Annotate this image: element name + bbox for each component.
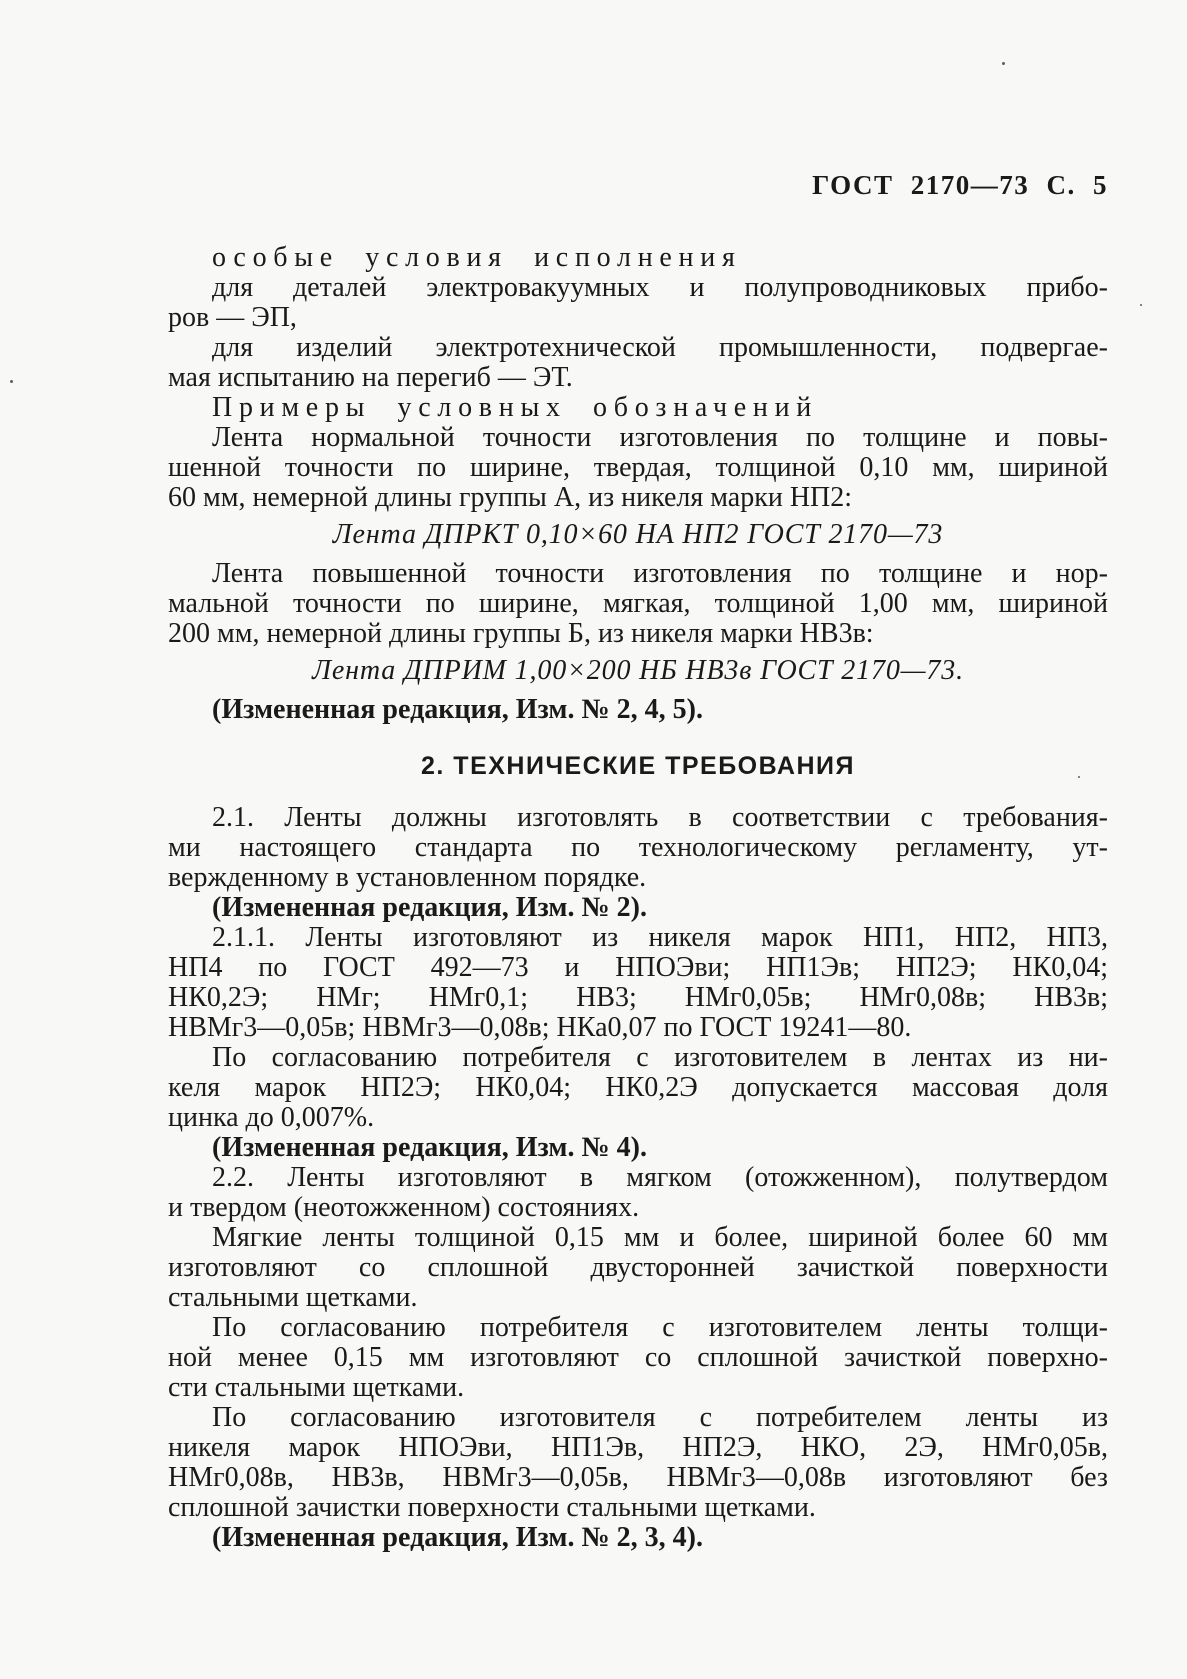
text-line: мальной точности по ширине, мягкая, толщ…: [168, 589, 1108, 619]
text-line: мая испытанию на перегиб — ЭТ.: [168, 363, 1108, 393]
text-line: 60 мм, немерной длины группы А, из никел…: [168, 483, 1108, 513]
designation-example: Лента ДПРИМ 1,00×200 НБ НВ3в ГОСТ 2170—7…: [168, 656, 1108, 686]
text-line: и твердом (неотожженном) состояниях.: [168, 1193, 1108, 1223]
text-line: (Измененная редакция, Изм. № 4).: [168, 1133, 1108, 1163]
scan-speck: [1078, 776, 1080, 778]
text-line: Примеры условных обозначений: [168, 393, 1108, 423]
paragraph: для изделий электротехнической промышлен…: [168, 333, 1108, 393]
text-line: сплошной зачистки поверхности стальными …: [168, 1493, 1108, 1523]
text-line: 2. ТЕХНИЧЕСКИЕ ТРЕБОВАНИЯ: [168, 751, 1108, 781]
text-line: НП4 по ГОСТ 492—73 и НПОЭви; НП1Эв; НП2Э…: [168, 953, 1108, 983]
text-line: (Измененная редакция, Изм. № 2, 4, 5).: [168, 695, 1108, 725]
paragraph: По согласованию изготовителя с потребите…: [168, 1403, 1108, 1523]
text-line: 2.1.1. Ленты изготовляют из никеля марок…: [168, 923, 1108, 953]
revision-note: (Измененная редакция, Изм. № 2).: [168, 893, 1108, 923]
text-line: Лента ДПРКТ 0,10×60 НА НП2 ГОСТ 2170—73: [168, 520, 1108, 550]
text-line: 2.2. Ленты изготовляют в мягком (отожжен…: [168, 1163, 1108, 1193]
paragraph: По согласованию потребителя с изготовите…: [168, 1313, 1108, 1403]
paragraph: Лента повышенной точности изготовления п…: [168, 559, 1108, 649]
text-line: изготовляют со сплошной двусторонней зач…: [168, 1253, 1108, 1283]
text-line: особые условия исполнения: [168, 243, 1108, 273]
paragraph: 2.1.1. Ленты изготовляют из никеля марок…: [168, 923, 1108, 1043]
paragraph: По согласованию потребителя с изготовите…: [168, 1043, 1108, 1133]
text-line: ми настоящего стандарта по технологическ…: [168, 833, 1108, 863]
text-line: келя марок НП2Э; НК0,04; НК0,2Э допускае…: [168, 1073, 1108, 1103]
text-line: По согласованию изготовителя с потребите…: [168, 1403, 1108, 1433]
text-line: По согласованию потребителя с изготовите…: [168, 1043, 1108, 1073]
text-line: Лента ДПРИМ 1,00×200 НБ НВ3в ГОСТ 2170—7…: [168, 656, 1108, 686]
text-line: (Измененная редакция, Изм. № 2).: [168, 893, 1108, 923]
revision-note: (Измененная редакция, Изм. № 2, 4, 5).: [168, 695, 1108, 725]
spaced-term-line: особые условия исполнения: [168, 243, 1108, 273]
text-line: цинка до 0,007%.: [168, 1103, 1108, 1133]
text-line: шенной точности по ширине, твердая, толщ…: [168, 453, 1108, 483]
text-line: ной менее 0,15 мм изготовляют со сплошно…: [168, 1343, 1108, 1373]
designation-example: Лента ДПРКТ 0,10×60 НА НП2 ГОСТ 2170—73: [168, 520, 1108, 550]
revision-note: (Измененная редакция, Изм. № 4).: [168, 1133, 1108, 1163]
text-line: вержденному в установленном порядке.: [168, 863, 1108, 893]
text-line: Лента нормальной точности изготовления п…: [168, 423, 1108, 453]
text-line: стальными щетками.: [168, 1283, 1108, 1313]
text-line: для деталей электровакуумных и полупрово…: [168, 273, 1108, 303]
paragraph: Мягкие ленты толщиной 0,15 мм и более, ш…: [168, 1223, 1108, 1313]
scan-speck: [10, 380, 13, 383]
text-line: для изделий электротехнической промышлен…: [168, 333, 1108, 363]
text-line: сти стальными щетками.: [168, 1373, 1108, 1403]
text-line: Мягкие ленты толщиной 0,15 мм и более, ш…: [168, 1223, 1108, 1253]
paragraph: 2.2. Ленты изготовляют в мягком (отожжен…: [168, 1163, 1108, 1223]
paragraph: 2.1. Ленты должны изготовлять в соответс…: [168, 803, 1108, 893]
revision-note: (Измененная редакция, Изм. № 2, 3, 4).: [168, 1523, 1108, 1553]
text-line: ров — ЭП,: [168, 303, 1108, 333]
text-line: По согласованию потребителя с изготовите…: [168, 1313, 1108, 1343]
text-line: НК0,2Э; НМг; НМг0,1; НВ3; НМг0,05в; НМг0…: [168, 983, 1108, 1013]
text-line: никеля марок НПОЭви, НП1Эв, НП2Э, НКО, 2…: [168, 1433, 1108, 1463]
text-line: НВМг3—0,05в; НВМг3—0,08в; НКа0,07 по ГОС…: [168, 1013, 1108, 1043]
text-line: НМг0,08в, НВ3в, НВМг3—0,05в, НВМг3—0,08в…: [168, 1463, 1108, 1493]
scan-speck: [1140, 304, 1142, 306]
paragraph: для деталей электровакуумных и полупрово…: [168, 273, 1108, 333]
text-line: (Измененная редакция, Изм. № 2, 3, 4).: [168, 1523, 1108, 1553]
document-body: особые условия исполнениядля деталей эле…: [168, 243, 1108, 1553]
spaced-term-line: Примеры условных обозначений: [168, 393, 1108, 423]
section-heading: 2. ТЕХНИЧЕСКИЕ ТРЕБОВАНИЯ: [168, 751, 1108, 781]
paragraph: Лента нормальной точности изготовления п…: [168, 423, 1108, 513]
scan-speck: [1002, 62, 1005, 65]
text-line: Лента повышенной точности изготовления п…: [168, 559, 1108, 589]
document-page: ГОСТ 2170—73 С. 5 особые условия исполне…: [0, 0, 1187, 1679]
text-line: 200 мм, немерной длины группы Б, из нике…: [168, 619, 1108, 649]
text-line: 2.1. Ленты должны изготовлять в соответс…: [168, 803, 1108, 833]
page-header: ГОСТ 2170—73 С. 5: [168, 170, 1108, 201]
